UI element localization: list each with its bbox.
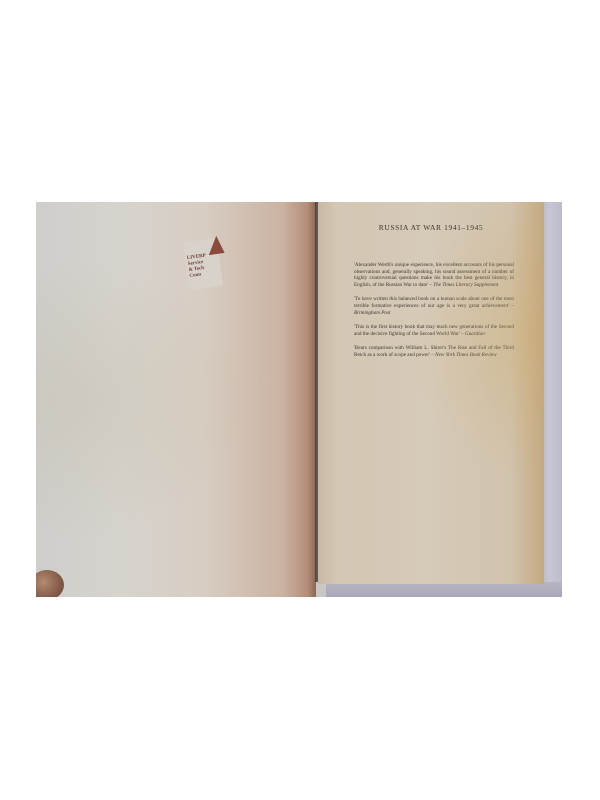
review-quote: 'Bears comparison with William L. Shirer… [354, 345, 514, 358]
stamp-triangle-icon [206, 235, 224, 255]
review-quotes: 'Alexander Werth's unique experience, hi… [354, 262, 514, 367]
stamp-text: LIVERP Service & Tech Coun [187, 254, 209, 280]
left-page: LIVERP Service & Tech Coun [36, 202, 316, 597]
book-photo: LIVERP Service & Tech Coun RUSSIA AT WAR… [36, 202, 562, 597]
book-title: RUSSIA AT WAR 1941–1945 [318, 223, 544, 232]
review-quote: 'To have written this balanced book on a… [354, 296, 514, 316]
background-cloth-bottom [326, 582, 562, 597]
review-quote: 'This is the first history book that may… [354, 324, 514, 337]
right-page: RUSSIA AT WAR 1941–1945 'Alexander Werth… [318, 202, 544, 584]
library-stamp: LIVERP Service & Tech Coun [183, 238, 223, 290]
review-quote: 'Alexander Werth's unique experience, hi… [354, 262, 514, 288]
